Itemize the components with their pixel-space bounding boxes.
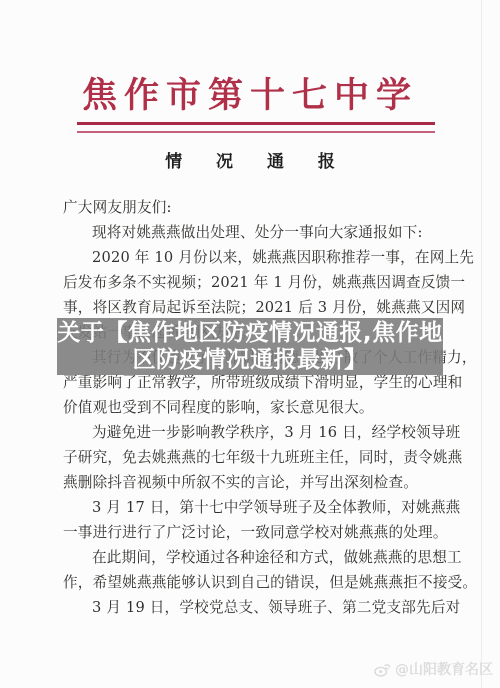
caption-overlay-line2: 区防疫情况通报最新】	[133, 347, 368, 374]
body-line: 后发布多条不实视频；2021 年 1 月份，姚燕燕因调查反馈一	[63, 270, 445, 295]
body-line: 在此期间，学校通过各种途径和方式，做姚燕燕的思想工	[63, 545, 445, 570]
body-line: 一事进行进行了广泛讨论，一致同意学校对姚燕燕的处理。	[63, 520, 445, 545]
body-line: 事，将区教育局起诉至法院；2021 后 3 月份，姚燕燕又因网	[63, 295, 445, 320]
caption-overlay-line1: 关于【焦作地区防疫情况通报,焦作地	[57, 320, 442, 347]
body-line: 作，希望姚燕燕能够认识到自己的错误，但是姚燕燕拒不接受。	[63, 570, 445, 595]
body-line: 子研究，免去姚燕燕的七年级十九班班主任，同时，责令姚燕	[63, 445, 445, 470]
watermark-handle: @山阳教育名区	[395, 659, 493, 679]
body-line: 价值观也受到不同程度的影响，家长意见很大。	[63, 395, 445, 420]
body-line: 3 月 19 日，学校党总支、领导班子、第二党支部先后对	[63, 595, 445, 620]
notice-body: 广大网友朋友们: 现将对姚燕燕做出处理、处分一事向大家通报如下: 2020 年 …	[63, 195, 445, 620]
notice-photo: 焦作市第十七中学 情 况 通 报 广大网友朋友们: 现将对姚燕燕做出处理、处分一…	[0, 0, 500, 688]
school-name-heading: 焦作市第十七中学	[0, 68, 500, 118]
notice-title: 情 况 通 报	[0, 147, 500, 172]
caption-overlay-band: 关于【焦作地区防疫情况通报,焦作地 区防疫情况通报最新】	[57, 318, 443, 375]
red-double-rule	[77, 122, 435, 133]
weibo-icon	[374, 662, 391, 677]
watermark: @山阳教育名区	[374, 659, 493, 679]
body-line: 燕删除抖音视频中所叙不实的言论，并写出深刻检查。	[63, 470, 445, 495]
body-line: 为避免进一步影响教学秩序，3 月 16 日，经学校领导班	[63, 420, 445, 445]
body-line: 3 月 17 日，第十七中学领导班子及全体教师，对姚燕燕	[63, 495, 445, 520]
body-line: 广大网友朋友们:	[63, 195, 445, 220]
body-line: 2020 年 10 月份以来，姚燕燕因职称推荐一事，在网上先	[63, 245, 445, 270]
body-line: 现将对姚燕燕做出处理、处分一事向大家通报如下:	[63, 220, 445, 245]
